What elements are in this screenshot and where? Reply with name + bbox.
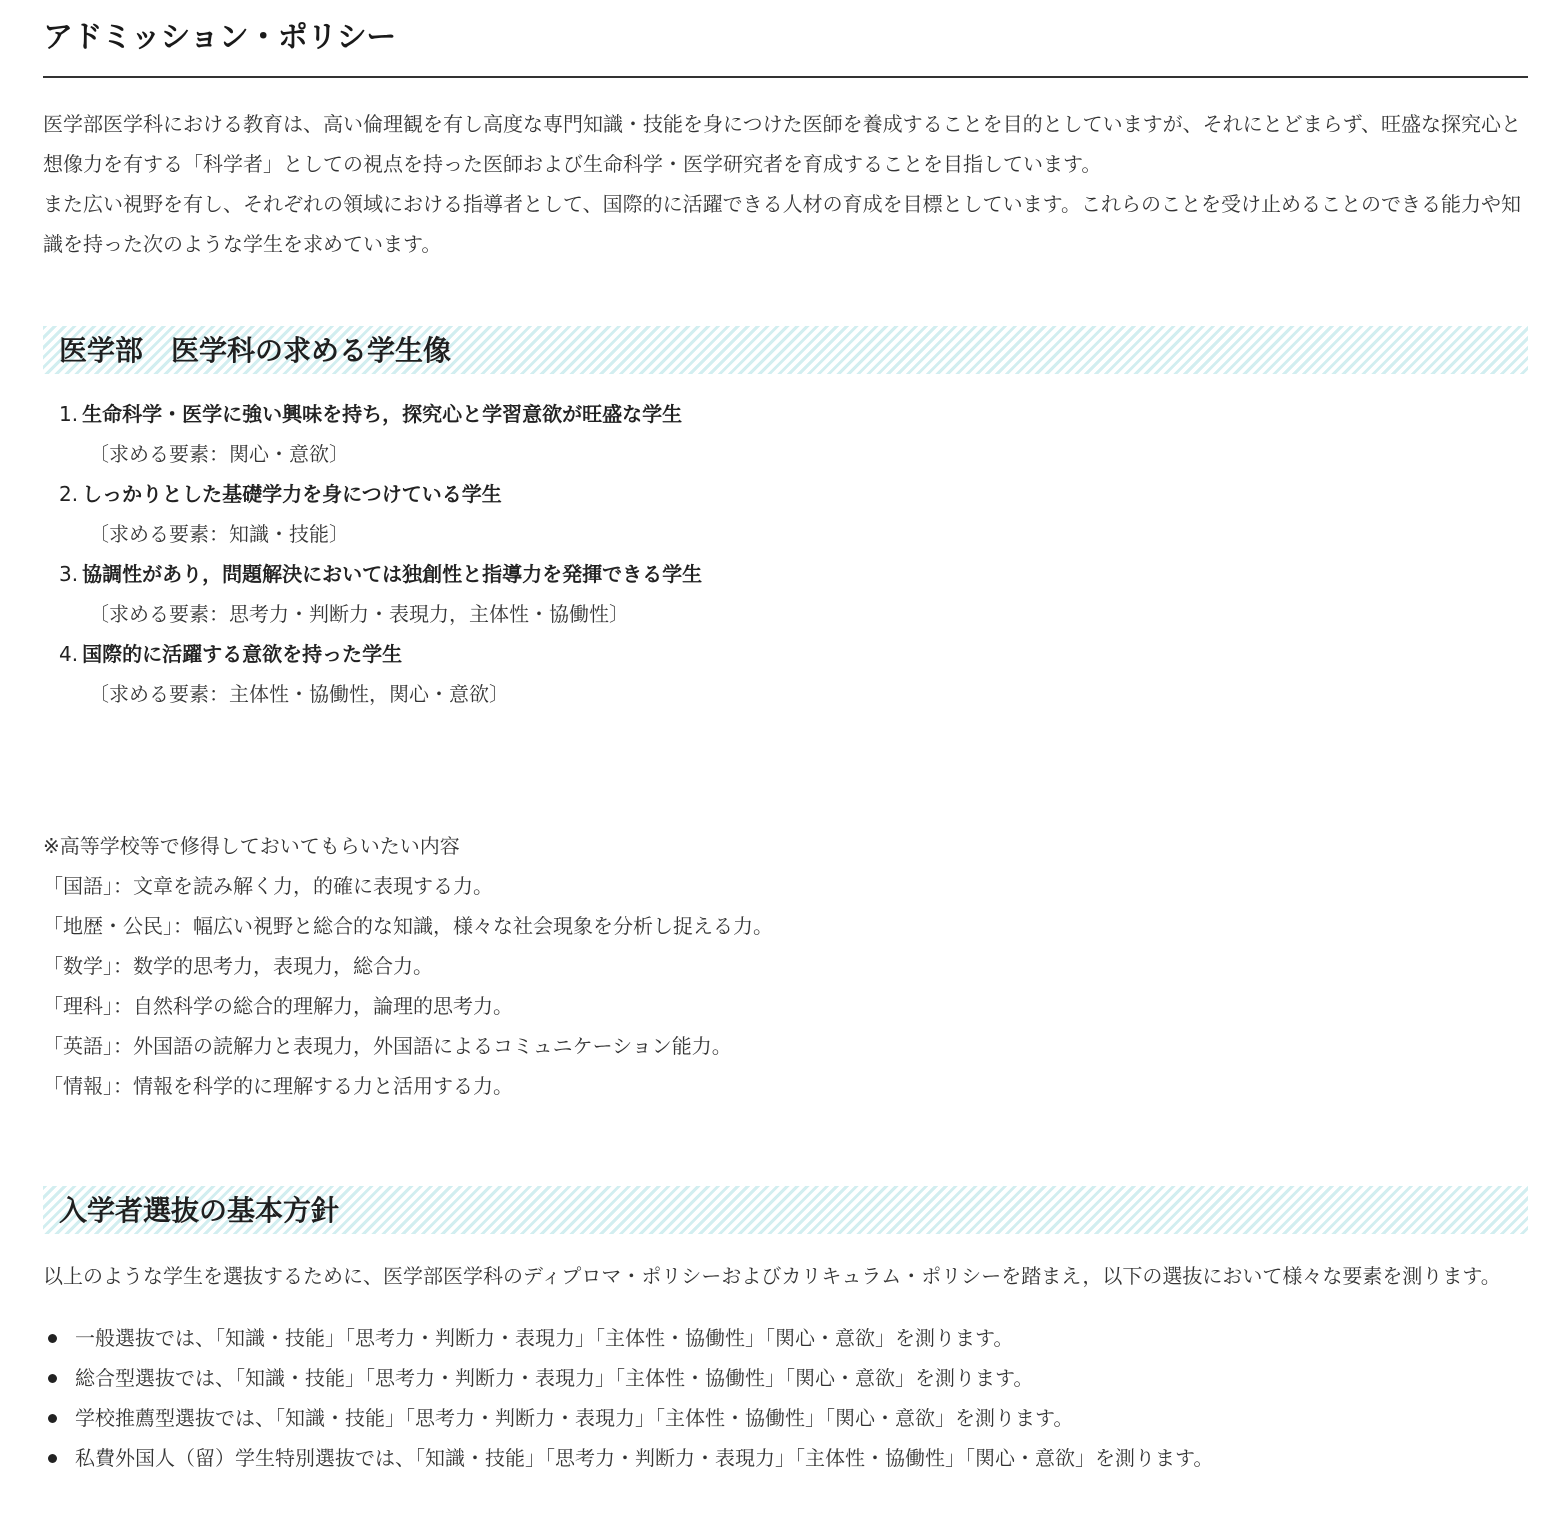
- selection-policy-list: 一般選抜では、「知識・技能」「思考力・判断力・表現力」「主体性・協働性」「関心・…: [43, 1318, 1528, 1478]
- subject-line: 「英語」：外国語の読解力と表現力，外国語によるコミュニケーション能力。: [43, 1026, 1528, 1066]
- subject-line: 「国語」：文章を読み解く力，的確に表現する力。: [43, 866, 1528, 906]
- subject-line: 「地歴・公民」：幅広い視野と総合的な知識，様々な社会現象を分析し捉える力。: [43, 906, 1528, 946]
- list-item: 4.国際的に活躍する意欲を持った学生 〔求める要素：主体性・協働性，関心・意欲〕: [59, 634, 1528, 714]
- bullet-icon: [48, 1374, 57, 1383]
- ideal-students-list: 1.生命科学・医学に強い興味を持ち，探究心と学習意欲が旺盛な学生 〔求める要素：…: [43, 394, 1528, 714]
- item-number: 2.: [59, 482, 78, 506]
- item-text: 生命科学・医学に強い興味を持ち，探究心と学習意欲が旺盛な学生: [82, 402, 682, 426]
- bullet-icon: [48, 1454, 57, 1463]
- policy-text: 総合型選抜では、「知識・技能」「思考力・判断力・表現力」「主体性・協働性」「関心…: [75, 1358, 1033, 1398]
- item-number: 3.: [59, 562, 78, 586]
- list-item: 学校推薦型選抜では、「知識・技能」「思考力・判断力・表現力」「主体性・協働性」「…: [43, 1398, 1528, 1438]
- list-item: 3.協調性があり，問題解決においては独創性と指導力を発揮できる学生 〔求める要素…: [59, 554, 1528, 634]
- policy-text: 学校推薦型選抜では、「知識・技能」「思考力・判断力・表現力」「主体性・協働性」「…: [75, 1398, 1073, 1438]
- policy-text: 一般選抜では、「知識・技能」「思考力・判断力・表現力」「主体性・協働性」「関心・…: [75, 1318, 1013, 1358]
- item-number: 1.: [59, 402, 78, 426]
- policy-text: 私費外国人（留）学生特別選抜では、「知識・技能」「思考力・判断力・表現力」「主体…: [75, 1438, 1213, 1478]
- selection-policy-intro: 以上のような学生を選抜するために、医学部医学科のディプロマ・ポリシーおよびカリキ…: [43, 1256, 1528, 1296]
- bullet-icon: [48, 1414, 57, 1423]
- intro-paragraph: 医学部医学科における教育は、高い倫理観を有し高度な専門知識・技能を身につけた医師…: [43, 104, 1528, 184]
- item-text: 協調性があり，問題解決においては独創性と指導力を発揮できる学生: [82, 562, 702, 586]
- item-text: しっかりとした基礎学力を身につけている学生: [82, 482, 502, 506]
- subject-line: 「情報」：情報を科学的に理解する力と活用する力。: [43, 1066, 1528, 1106]
- section-heading-selection-policy: 入学者選抜の基本方針: [43, 1186, 1528, 1234]
- subject-line: 「理科」：自然科学の総合的理解力，論理的思考力。: [43, 986, 1528, 1026]
- item-number: 4.: [59, 642, 78, 666]
- item-elements: 〔求める要素：主体性・協働性，関心・意欲〕: [59, 674, 1528, 714]
- list-item: 総合型選抜では、「知識・技能」「思考力・判断力・表現力」「主体性・協働性」「関心…: [43, 1358, 1528, 1398]
- subjects-note: ※高等学校等で修得しておいてもらいたい内容: [43, 826, 1528, 866]
- bullet-icon: [48, 1334, 57, 1343]
- item-elements: 〔求める要素：思考力・判断力・表現力，主体性・協働性〕: [59, 594, 1528, 634]
- item-elements: 〔求める要素：知識・技能〕: [59, 514, 1528, 554]
- intro-paragraph: また広い視野を有し、それぞれの領域における指導者として、国際的に活躍できる人材の…: [43, 184, 1528, 264]
- item-elements: 〔求める要素：関心・意欲〕: [59, 434, 1528, 474]
- title-divider: [43, 76, 1528, 78]
- list-item: 2.しっかりとした基礎学力を身につけている学生 〔求める要素：知識・技能〕: [59, 474, 1528, 554]
- list-item: 一般選抜では、「知識・技能」「思考力・判断力・表現力」「主体性・協働性」「関心・…: [43, 1318, 1528, 1358]
- item-text: 国際的に活躍する意欲を持った学生: [82, 642, 402, 666]
- high-school-subjects: ※高等学校等で修得しておいてもらいたい内容 「国語」：文章を読み解く力，的確に表…: [43, 826, 1528, 1106]
- list-item: 1.生命科学・医学に強い興味を持ち，探究心と学習意欲が旺盛な学生 〔求める要素：…: [59, 394, 1528, 474]
- section-heading-ideal-students: 医学部 医学科の求める学生像: [43, 326, 1528, 374]
- intro-text: 医学部医学科における教育は、高い倫理観を有し高度な専門知識・技能を身につけた医師…: [43, 104, 1528, 264]
- list-item: 私費外国人（留）学生特別選抜では、「知識・技能」「思考力・判断力・表現力」「主体…: [43, 1438, 1528, 1478]
- subject-line: 「数学」：数学的思考力，表現力，総合力。: [43, 946, 1528, 986]
- admission-policy-page: アドミッション・ポリシー 医学部医学科における教育は、高い倫理観を有し高度な専門…: [0, 0, 1562, 1478]
- page-title: アドミッション・ポリシー: [43, 0, 1528, 58]
